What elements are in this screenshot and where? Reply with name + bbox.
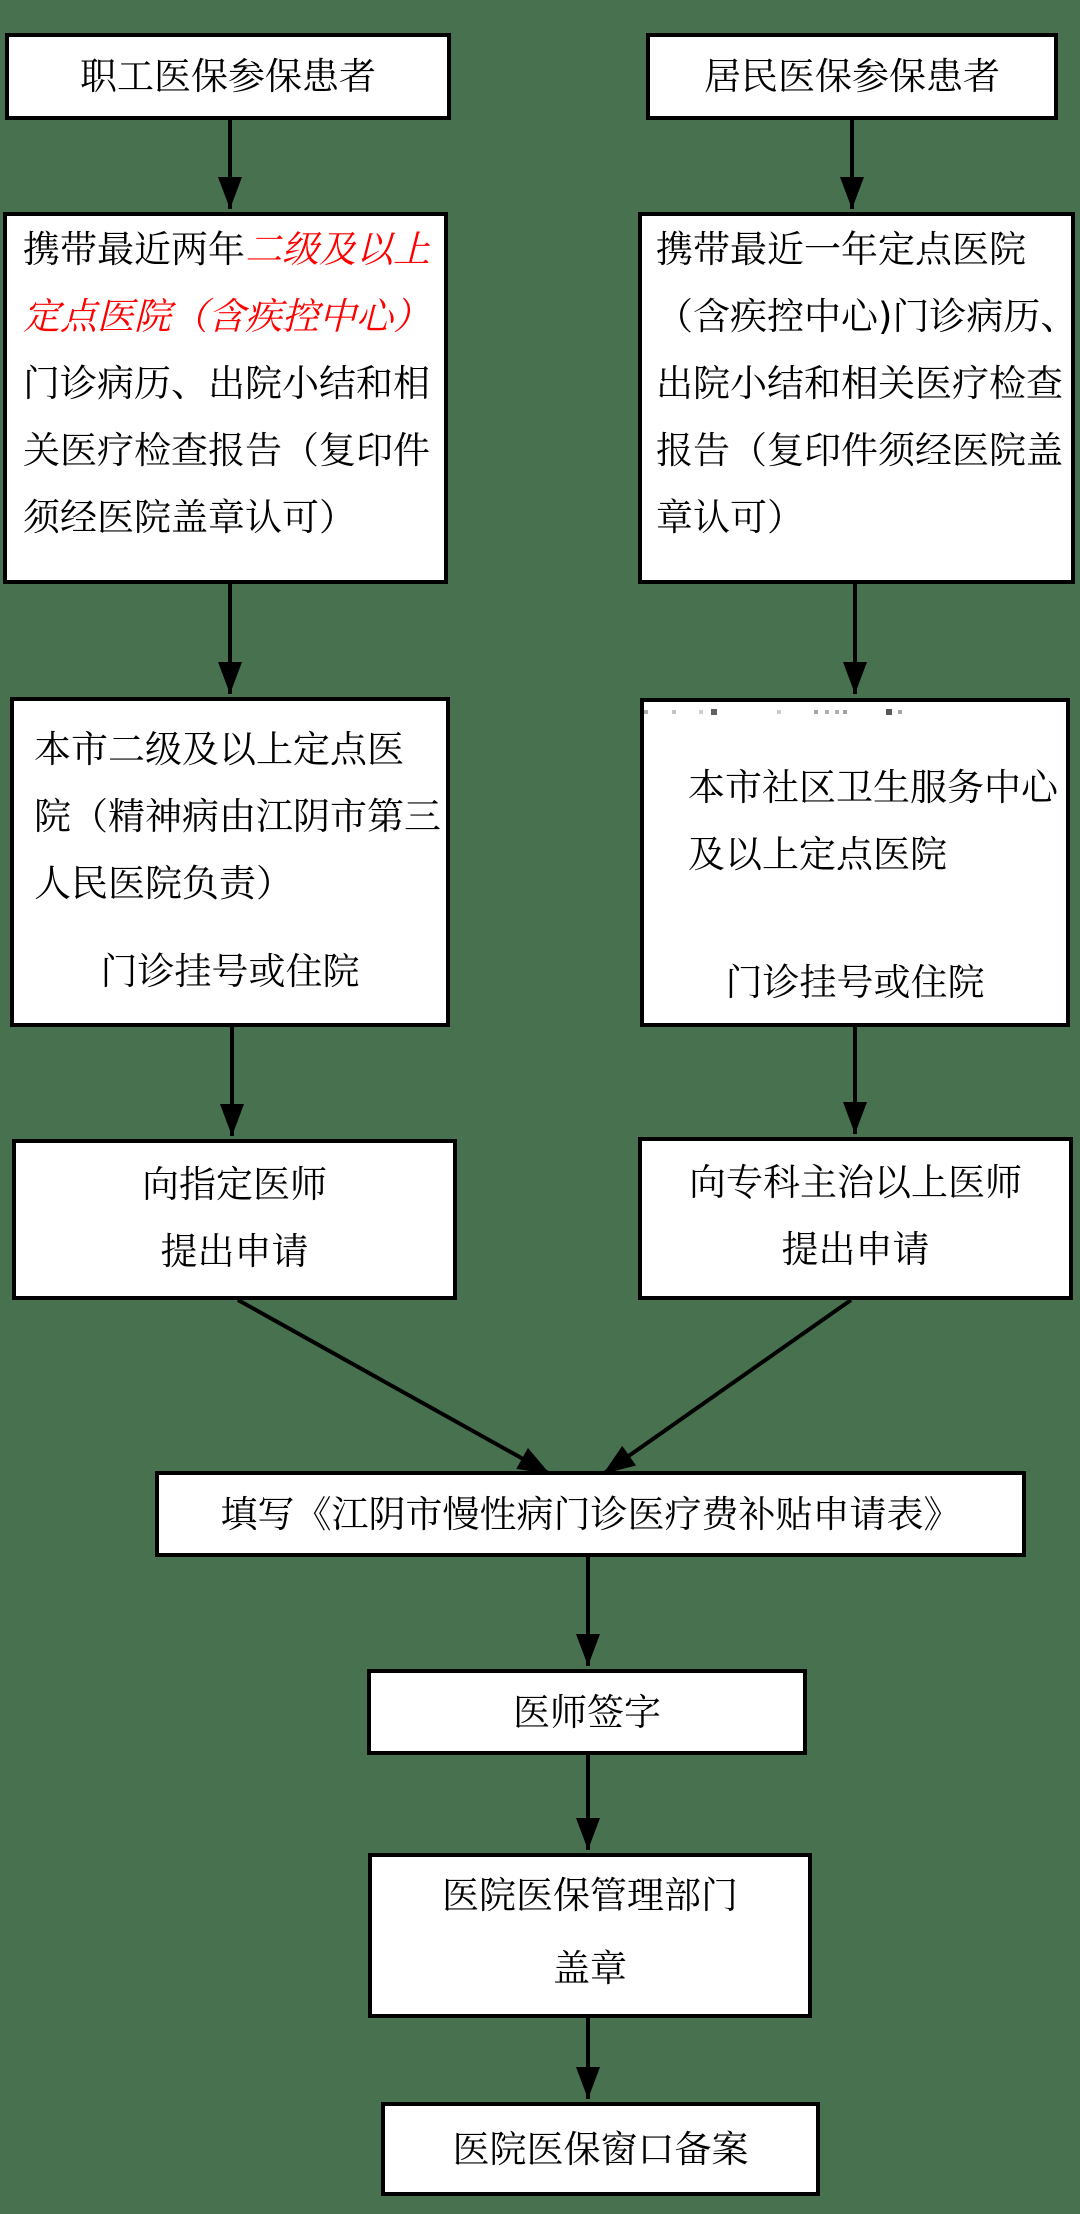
text-line: 携带最近两年二级及以上 xyxy=(23,216,444,283)
highlighted-text-line: 定点医院（含疾控中心） xyxy=(23,283,444,350)
box-community-hospital-right: 本市社区卫生服务中心 及以上定点医院 门诊挂号或住院 xyxy=(640,698,1070,1027)
box-hospital-insurance-dept-stamp: 医院医保管理部门 盖章 xyxy=(368,1853,812,2018)
spacer xyxy=(34,917,446,938)
text-line: 医院医保管理部门 xyxy=(372,1859,808,1932)
box-designated-hospital-left: 本市二级及以上定点医 院（精神病由江阴市第三 人民医院负责） 门诊挂号或住院 xyxy=(10,697,450,1027)
box-text: 职工医保参保患者 xyxy=(80,43,376,110)
box-employee-insured: 职工医保参保患者 xyxy=(5,33,451,120)
highlighted-text-segment: 二级及以上 xyxy=(245,228,430,271)
text-line: 向指定医师 xyxy=(16,1151,453,1218)
text-line: 出院小结和相关医疗检查 xyxy=(656,350,1071,417)
text-line: 携带最近一年定点医院 xyxy=(656,216,1071,283)
spacer xyxy=(644,888,1066,949)
text-line: 门诊挂号或住院 xyxy=(644,949,1066,1016)
text-line: 提出申请 xyxy=(16,1218,453,1285)
text-line: 本市社区卫生服务中心 xyxy=(644,754,1066,821)
text-line: 及以上定点医院 xyxy=(644,821,1066,888)
box-hospital-insurance-window-record: 医院医保窗口备案 xyxy=(381,2102,820,2196)
text-line: 本市二级及以上定点医 xyxy=(34,716,446,783)
box-apply-specialist-doctor: 向专科主治以上医师 提出申请 xyxy=(638,1137,1073,1300)
text-line: 院（精神病由江阴市第三 xyxy=(34,783,446,850)
arrow-apply-right-to-form xyxy=(603,1300,851,1474)
box-fill-application-form: 填写《江阴市慢性病门诊医疗费补贴申请表》 xyxy=(155,1471,1026,1557)
box-text: 医师签字 xyxy=(513,1679,661,1746)
text-line: 章认可） xyxy=(656,484,1071,551)
text-line: 盖章 xyxy=(372,1932,808,2005)
text-line: 须经医院盖章认可） xyxy=(23,484,444,551)
text-line: 向专科主治以上医师 xyxy=(642,1149,1069,1216)
text-line: 关医疗检查报告（复印件 xyxy=(23,417,444,484)
artifact-smudge xyxy=(644,710,648,714)
text-line: 报告（复印件须经医院盖 xyxy=(656,417,1071,484)
text-line: 人民医院负责） xyxy=(34,850,446,917)
box-resident-insured: 居民医保参保患者 xyxy=(646,33,1058,120)
text-line: （含疾控中心)门诊病历、 xyxy=(656,283,1071,350)
box-resident-materials: 携带最近一年定点医院 （含疾控中心)门诊病历、 出院小结和相关医疗检查 报告（复… xyxy=(638,212,1075,584)
text-line: 门诊病历、出院小结和相 xyxy=(23,350,444,417)
arrow-apply-left-to-form xyxy=(238,1300,550,1474)
box-doctor-signature: 医师签字 xyxy=(367,1669,807,1755)
flowchart-canvas: 职工医保参保患者 居民医保参保患者 携带最近两年二级及以上 定点医院（含疾控中心… xyxy=(0,0,1080,2214)
box-employee-materials: 携带最近两年二级及以上 定点医院（含疾控中心） 门诊病历、出院小结和相 关医疗检… xyxy=(3,212,448,584)
box-text: 医院医保窗口备案 xyxy=(453,2116,749,2183)
text-line: 门诊挂号或住院 xyxy=(34,938,446,1005)
text-line: 提出申请 xyxy=(642,1216,1069,1283)
box-apply-designated-doctor: 向指定医师 提出申请 xyxy=(12,1139,457,1300)
box-text: 居民医保参保患者 xyxy=(704,43,1000,110)
text-segment: 携带最近两年 xyxy=(23,228,245,271)
box-text: 填写《江阴市慢性病门诊医疗费补贴申请表》 xyxy=(221,1481,961,1548)
